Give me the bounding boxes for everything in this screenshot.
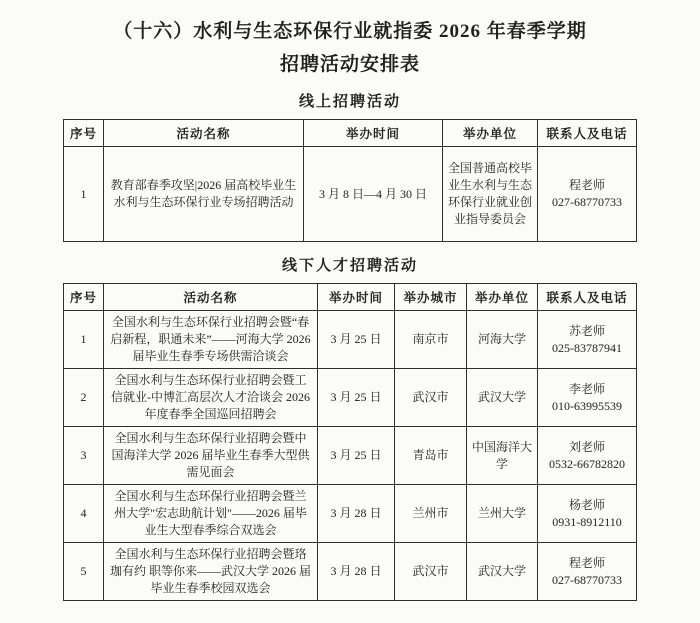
offline-section-heading: 线下人才招聘活动: [0, 254, 700, 275]
contact-cell: 程老师 027-68770733: [538, 147, 637, 242]
row-number-cell: 4: [64, 485, 104, 543]
contact-phone: 010-63995539: [543, 398, 631, 415]
contact-cell: 苏老师 025-83787941: [538, 311, 637, 369]
online-col-header-no: 序号: [64, 120, 104, 147]
offline-col-header-time: 举办时间: [318, 284, 395, 311]
offline-table-row: 3 全国水利与生态环保行业招聘会暨中国海洋大学 2026 届毕业生春季大型供需见…: [64, 427, 637, 485]
online-table-row: 1 教育部春季攻坚|2026 届高校毕业生水利与生态环保行业专场招聘活动 3 月…: [64, 147, 637, 242]
contact-name: 程老师: [543, 177, 631, 194]
offline-col-header-organizer: 举办单位: [467, 284, 538, 311]
city-cell: 武汉市: [395, 369, 467, 427]
contact-name: 苏老师: [543, 323, 631, 340]
contact-cell: 程老师 027-68770733: [538, 543, 637, 601]
offline-col-header-contact: 联系人及电话: [538, 284, 637, 311]
offline-col-header-no: 序号: [64, 284, 104, 311]
city-cell: 武汉市: [395, 543, 467, 601]
contact-name: 李老师: [543, 381, 631, 398]
contact-name: 杨老师: [543, 497, 631, 514]
contact-phone: 027-68770733: [543, 194, 631, 211]
activity-name-cell: 教育部春季攻坚|2026 届高校毕业生水利与生态环保行业专场招聘活动: [104, 147, 304, 242]
city-cell: 南京市: [395, 311, 467, 369]
time-cell: 3 月 25 日: [318, 311, 395, 369]
time-cell: 3 月 8 日—4 月 30 日: [304, 147, 443, 242]
row-number-cell: 3: [64, 427, 104, 485]
contact-phone: 025-83787941: [543, 340, 631, 357]
online-recruitment-table: 序号 活动名称 举办时间 举办单位 联系人及电话 1 教育部春季攻坚|2026 …: [63, 119, 637, 242]
row-number-cell: 5: [64, 543, 104, 601]
online-col-header-time: 举办时间: [304, 120, 443, 147]
online-col-header-activity: 活动名称: [104, 120, 304, 147]
offline-table-row: 5 全国水利与生态环保行业招聘会暨珞珈有约 职等你来——武汉大学 2026 届毕…: [64, 543, 637, 601]
offline-table-row: 2 全国水利与生态环保行业招聘会暨工信就业-中博汇高层次人才洽谈会 2026 年…: [64, 369, 637, 427]
offline-recruitment-table: 序号 活动名称 举办时间 举办城市 举办单位 联系人及电话 1 全国水利与生态环…: [63, 283, 637, 601]
offline-table-row: 1 全国水利与生态环保行业招聘会暨“春启新程，职通未来”——河海大学 2026 …: [64, 311, 637, 369]
row-number-cell: 1: [64, 311, 104, 369]
organizer-cell: 武汉大学: [467, 369, 538, 427]
online-col-header-contact: 联系人及电话: [538, 120, 637, 147]
contact-phone: 0931-8912110: [543, 514, 631, 531]
time-cell: 3 月 28 日: [318, 485, 395, 543]
contact-name: 程老师: [543, 555, 631, 572]
offline-table-header-row: 序号 活动名称 举办时间 举办城市 举办单位 联系人及电话: [64, 284, 637, 311]
online-col-header-organizer: 举办单位: [443, 120, 538, 147]
city-cell: 兰州市: [395, 485, 467, 543]
offline-table-row: 4 全国水利与生态环保行业招聘会暨兰州大学"宏志助航计划"——2026 届毕业生…: [64, 485, 637, 543]
contact-phone: 0532-66782820: [543, 456, 631, 473]
contact-cell: 刘老师 0532-66782820: [538, 427, 637, 485]
time-cell: 3 月 25 日: [318, 369, 395, 427]
organizer-cell: 河海大学: [467, 311, 538, 369]
time-cell: 3 月 25 日: [318, 427, 395, 485]
city-cell: 青岛市: [395, 427, 467, 485]
activity-name-cell: 全国水利与生态环保行业招聘会暨珞珈有约 职等你来——武汉大学 2026 届毕业生…: [104, 543, 318, 601]
row-number-cell: 2: [64, 369, 104, 427]
offline-col-header-activity: 活动名称: [104, 284, 318, 311]
organizer-cell: 武汉大学: [467, 543, 538, 601]
organizer-cell: 中国海洋大学: [467, 427, 538, 485]
row-number-cell: 1: [64, 147, 104, 242]
document-title-line1: （十六）水利与生态环保行业就指委 2026 年春季学期: [0, 15, 700, 48]
online-table-header-row: 序号 活动名称 举办时间 举办单位 联系人及电话: [64, 120, 637, 147]
organizer-cell: 全国普通高校毕业生水利与生态环保行业就业创业指导委员会: [443, 147, 538, 242]
activity-name-cell: 全国水利与生态环保行业招聘会暨中国海洋大学 2026 届毕业生春季大型供需见面会: [104, 427, 318, 485]
document-title-line2: 招聘活动安排表: [0, 48, 700, 81]
online-section-heading: 线上招聘活动: [0, 90, 700, 111]
contact-name: 刘老师: [543, 439, 631, 456]
contact-cell: 李老师 010-63995539: [538, 369, 637, 427]
offline-col-header-city: 举办城市: [395, 284, 467, 311]
time-cell: 3 月 28 日: [318, 543, 395, 601]
contact-cell: 杨老师 0931-8912110: [538, 485, 637, 543]
activity-name-cell: 全国水利与生态环保行业招聘会暨工信就业-中博汇高层次人才洽谈会 2026 年度春…: [104, 369, 318, 427]
activity-name-cell: 全国水利与生态环保行业招聘会暨兰州大学"宏志助航计划"——2026 届毕业生大型…: [104, 485, 318, 543]
organizer-cell: 兰州大学: [467, 485, 538, 543]
contact-phone: 027-68770733: [543, 572, 631, 589]
document-title: （十六）水利与生态环保行业就指委 2026 年春季学期 招聘活动安排表: [0, 0, 700, 81]
activity-name-cell: 全国水利与生态环保行业招聘会暨“春启新程，职通未来”——河海大学 2026 届毕…: [104, 311, 318, 369]
